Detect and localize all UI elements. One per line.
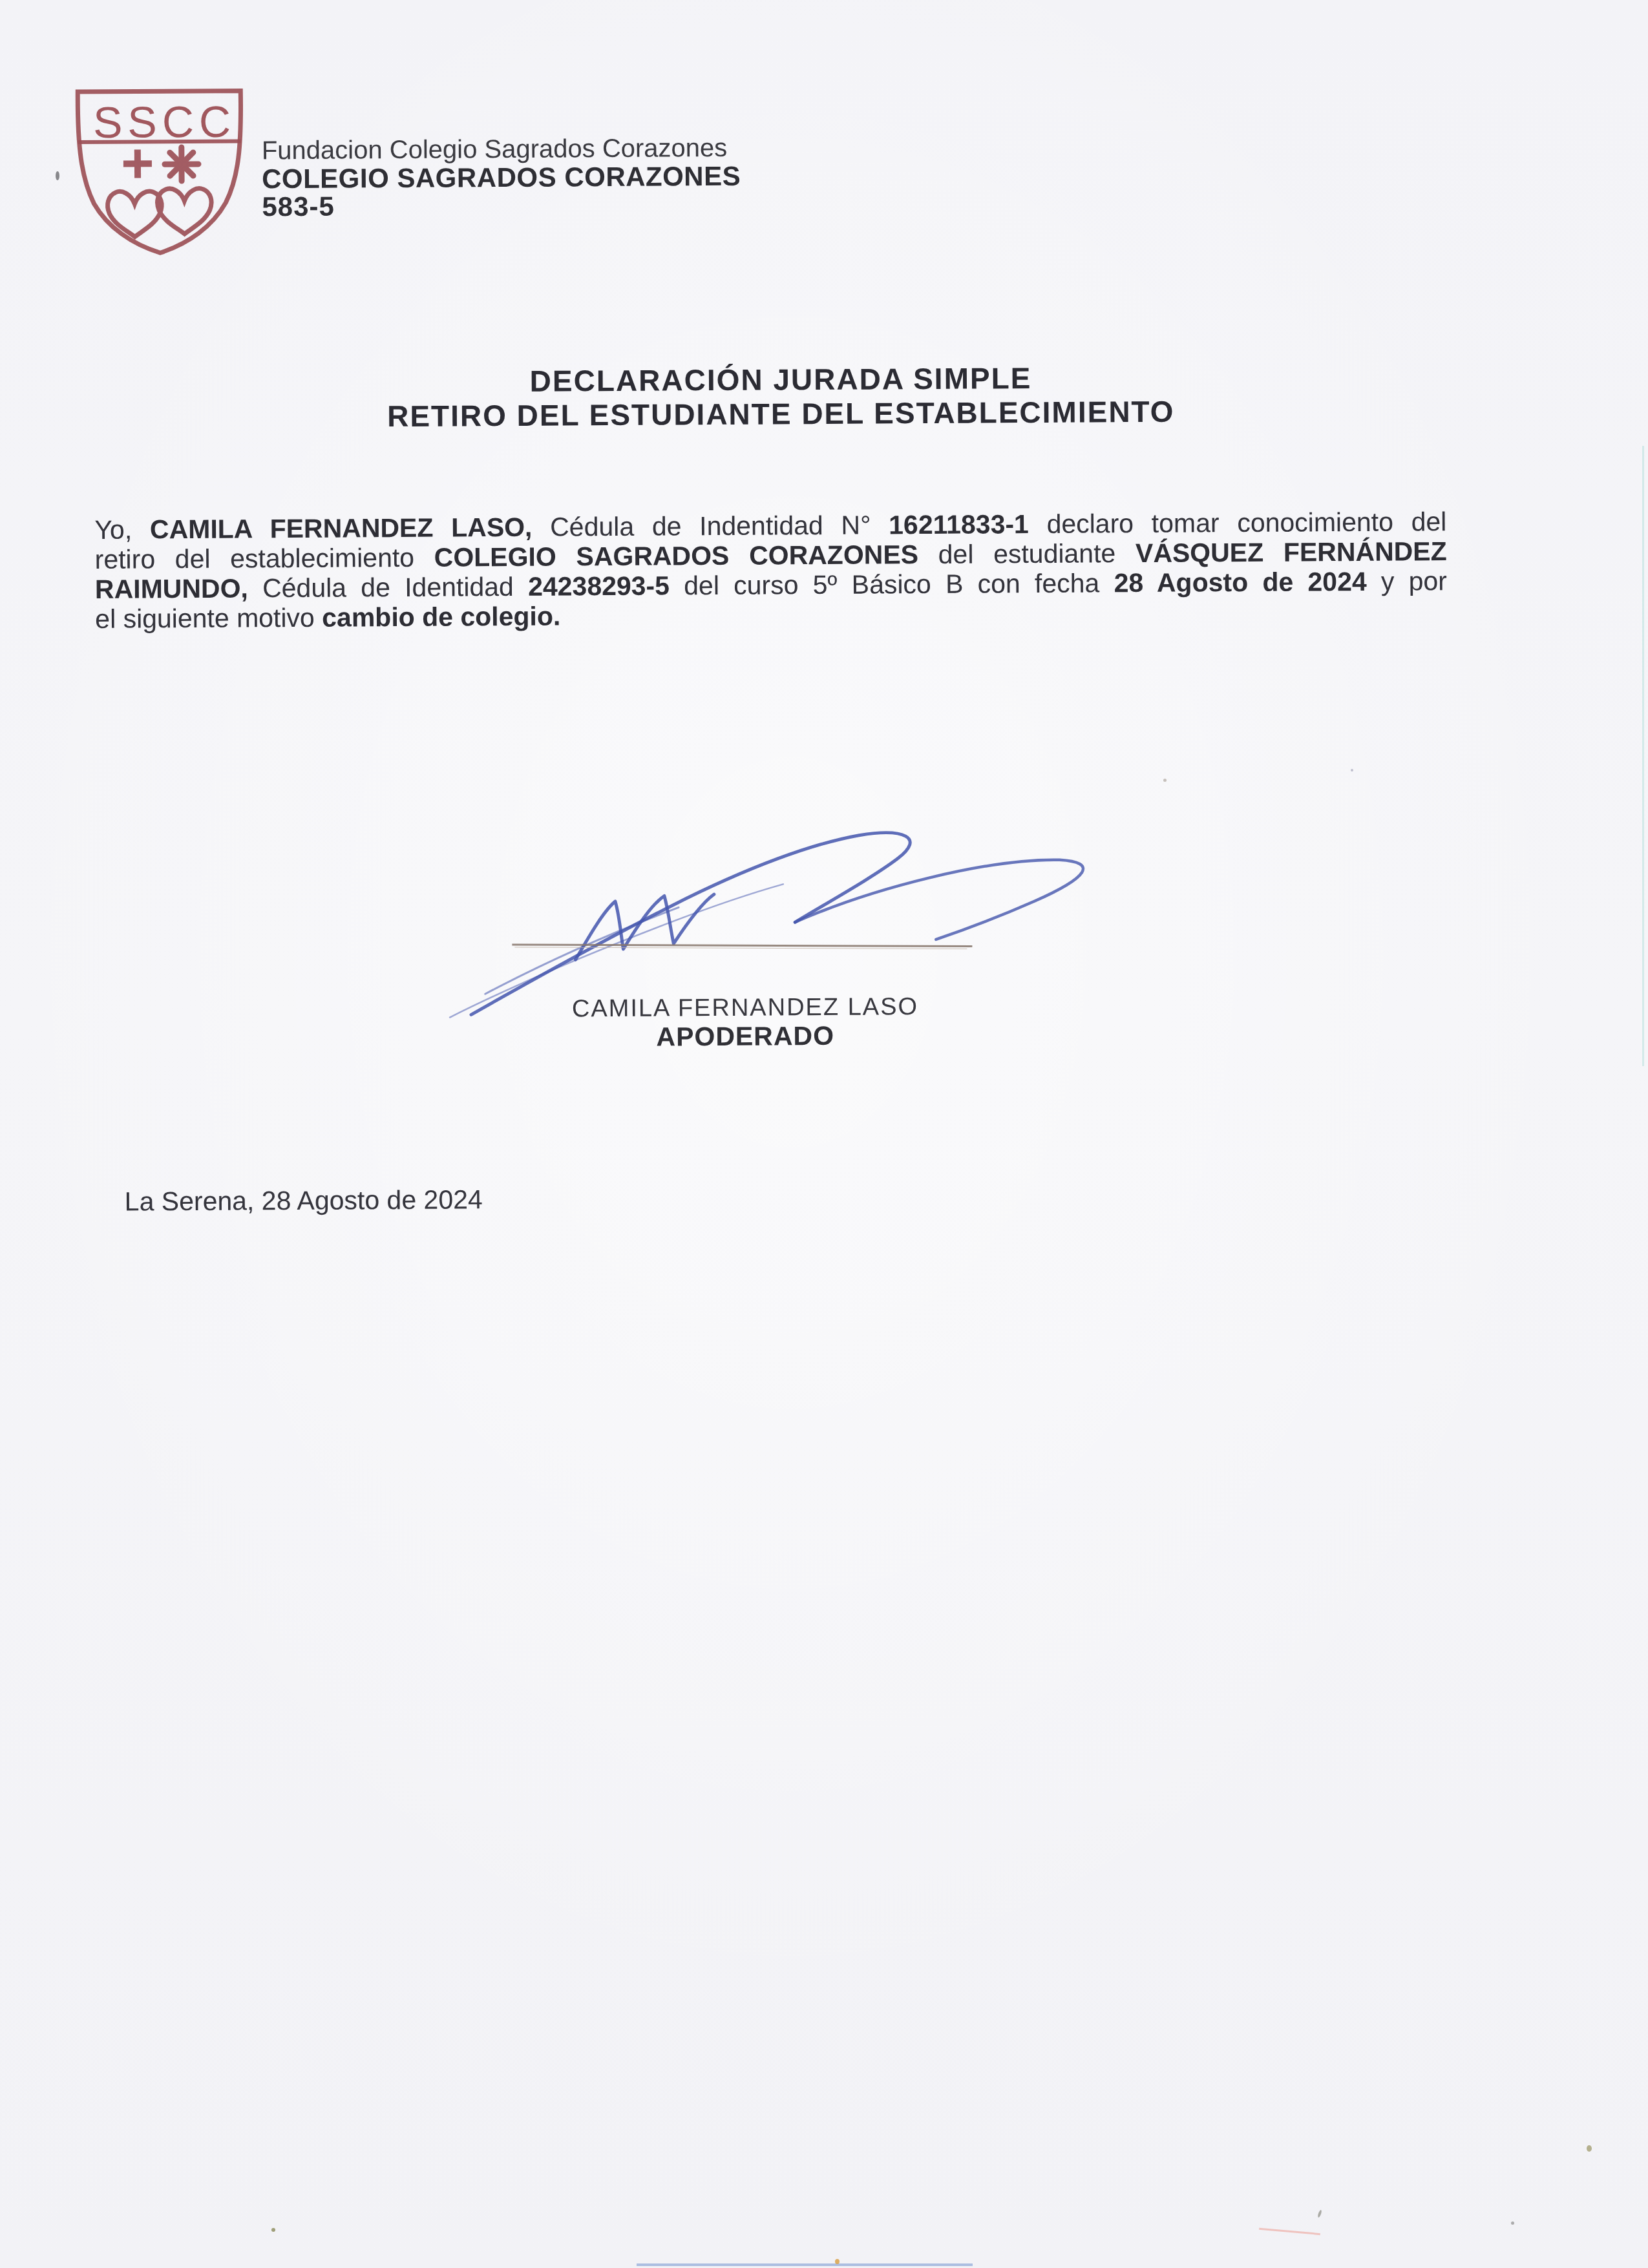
withdrawal-reason: cambio de colegio. [322,601,560,632]
school-name: COLEGIO SAGRADOS CORAZONES [434,540,919,572]
declaration-paragraph: Yo, CAMILA FERNANDEZ LASO, Cédula de Ind… [94,507,1447,634]
handwritten-signature [445,796,1112,1020]
scan-speck [1587,2145,1592,2152]
text-segment: Cédula de Identidad [248,572,529,604]
shield-acronym: SSCC [93,98,236,147]
scan-edge-cyan-line [1642,446,1644,1066]
text-segment: retiro del establecimiento [95,543,434,574]
signer-role: APODERADO [512,1020,978,1053]
guardian-id-number: 16211833-1 [889,509,1029,540]
text-segment: declaro tomar conocimiento del [1029,507,1447,539]
letterhead-school-name: COLEGIO SAGRADOS CORAZONES [262,162,741,193]
student-first-name: RAIMUNDO, [95,573,248,604]
scan-speck [1163,779,1167,782]
scanned-document-page: SSCC Fundacion Colegio Sagrados Corazone… [0,0,1648,2268]
cross-icon [123,149,152,178]
scan-speck [835,2259,840,2264]
text-segment: Cédula de Indentidad N° [532,510,889,541]
scan-speck [1511,2221,1514,2225]
text-segment: del curso 5º Básico B con fecha [670,568,1114,600]
signature-zigzag-stroke [575,894,715,960]
scan-speck [56,171,59,180]
document-content: SSCC Fundacion Colegio Sagrados Corazone… [0,0,1648,2268]
letterhead-foundation-name: Fundacion Colegio Sagrados Corazones [262,134,728,165]
star-icon [165,147,198,181]
signature-main-stroke [470,833,911,1015]
school-shield-logo-icon: SSCC [71,85,248,260]
scan-bottom-blue-line [637,2263,973,2266]
text-segment: del estudiante [918,538,1136,569]
city-date-line: La Serena, 28 Agosto de 2024 [125,1184,483,1217]
scan-speck [271,2228,275,2232]
document-title: DECLARACIÓN JURADA SIMPLE RETIRO DEL EST… [0,358,1565,436]
letterhead-school-code: 583-5 [262,193,335,221]
guardian-name: CAMILA FERNANDEZ LASO, [150,512,533,545]
text-segment: el siguiente motivo [95,603,322,634]
signature-loop-stroke [795,859,1084,940]
text-segment: Yo, [94,514,150,545]
text-segment: y por [1367,566,1448,596]
student-surnames: VÁSQUEZ FERNÁNDEZ [1136,536,1447,568]
withdrawal-date: 28 Agosto de 2024 [1114,567,1366,598]
twin-hearts-icon [107,189,211,237]
student-id-number: 24238293-5 [528,571,670,601]
scan-speck [1351,769,1353,772]
signer-name: CAMILA FERNANDEZ LASO [512,993,978,1024]
